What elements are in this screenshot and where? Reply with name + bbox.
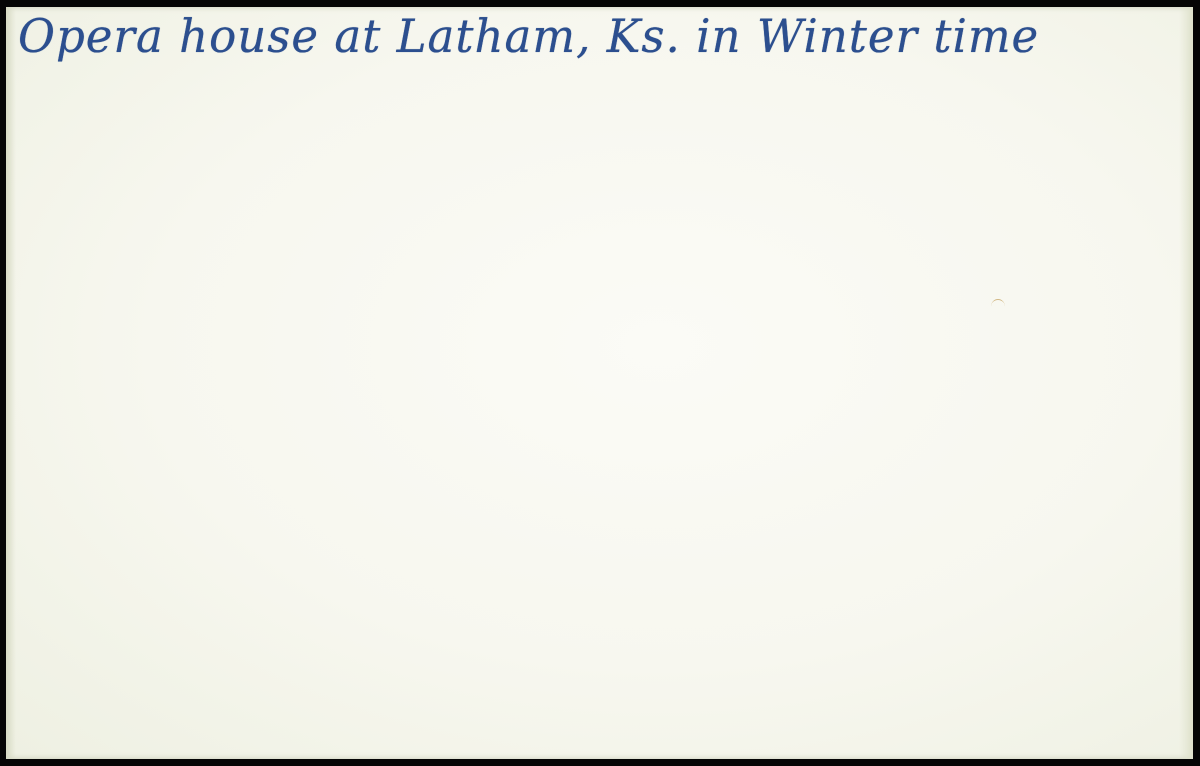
paper-blemish <box>991 299 1005 314</box>
photo-card-back: Opera house at Latham, Ks. in Winter tim… <box>6 7 1193 759</box>
handwritten-caption: Opera house at Latham, Ks. in Winter tim… <box>18 9 1039 63</box>
card-edge-shading-right <box>1179 7 1193 759</box>
card-edge-shading-left <box>6 7 16 759</box>
